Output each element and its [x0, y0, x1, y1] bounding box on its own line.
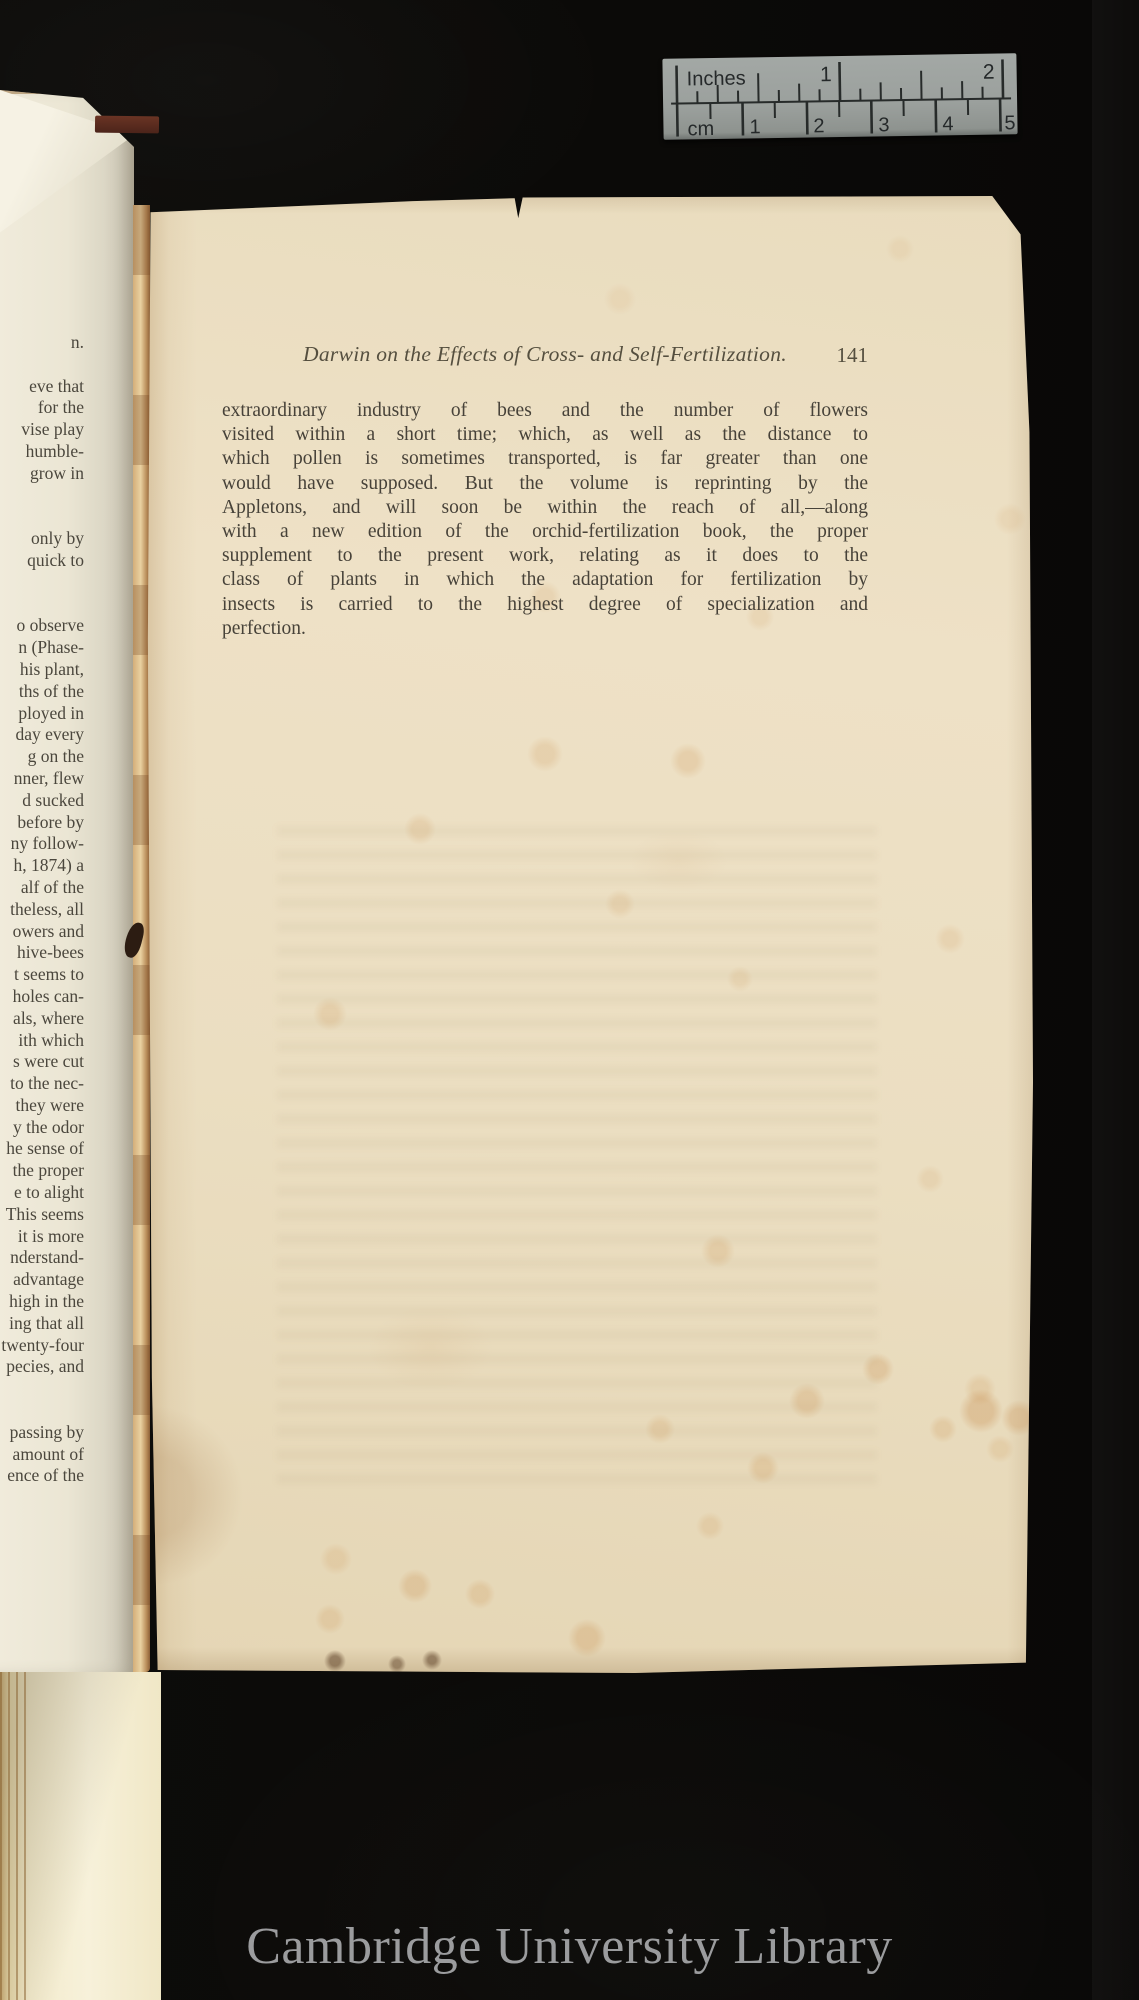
- fragment-line: theless, all: [0, 899, 84, 921]
- fragment-line: nderstand-: [0, 1247, 84, 1269]
- fragment-line: day every: [0, 724, 84, 746]
- fragment-line: twenty-four: [0, 1335, 84, 1357]
- fragment-line: holes can-: [0, 986, 84, 1008]
- fragment-line: vise play: [0, 419, 84, 441]
- ruler-inch-number-1: 1: [820, 63, 832, 86]
- fragment-line: high in the: [0, 1291, 84, 1313]
- fragment-line: grow in: [0, 463, 84, 485]
- fragment-line: hive-bees: [0, 942, 84, 964]
- fragment-line: quick to: [0, 550, 84, 572]
- paragraph-line: visited within a short time; which, as w…: [222, 423, 868, 447]
- fragment-line: t seems to: [0, 964, 84, 986]
- fragment-line: g on the: [0, 746, 84, 768]
- page-number: 141: [837, 343, 869, 368]
- fragment-line: they were: [0, 1095, 84, 1117]
- book-board-edge: [95, 116, 159, 134]
- fragment-line: eve that: [0, 376, 84, 398]
- fragment-line: [0, 1400, 84, 1422]
- paragraph-line: with a new edition of the orchid-fertili…: [222, 520, 868, 544]
- fragment-line: before by: [0, 812, 84, 834]
- ruler-cm-number-3: 3: [878, 114, 889, 136]
- paragraph-line: supplement to the present work, relating…: [222, 544, 868, 568]
- fragment-line: ing that all: [0, 1313, 84, 1335]
- page-header: Darwin on the Effects of Cross- and Self…: [222, 342, 868, 372]
- ruler-cm-number-5: 5: [1004, 112, 1015, 134]
- paragraph-line: which pollen is sometimes transported, i…: [222, 447, 868, 471]
- fragment-line: [0, 506, 84, 528]
- fragment-line: amount of: [0, 1444, 84, 1466]
- fragment-line: his plant,: [0, 659, 84, 681]
- fragment-line: passing by: [0, 1422, 84, 1444]
- fragment-line: o observe: [0, 615, 84, 637]
- fragment-line: it is more: [0, 1226, 84, 1248]
- fragment-line: pecies, and: [0, 1356, 84, 1378]
- fragment-line: als, where: [0, 1008, 84, 1030]
- fragment-line: [0, 485, 84, 507]
- ruler-cm-number-4: 4: [942, 113, 953, 135]
- paragraph-line: would have supposed. But the volume is r…: [222, 472, 868, 496]
- fragment-line: the proper: [0, 1160, 84, 1182]
- fragment-line: s were cut: [0, 1051, 84, 1073]
- running-title: Darwin on the Effects of Cross- and Self…: [222, 342, 868, 367]
- fragment-line: nner, flew: [0, 768, 84, 790]
- fragment-line: he sense of: [0, 1138, 84, 1160]
- fragment-line: [0, 1378, 84, 1400]
- fragment-line: alf of the: [0, 877, 84, 899]
- ruler-cm-number-2: 2: [813, 115, 824, 137]
- fragment-line: d sucked: [0, 790, 84, 812]
- fragment-line: only by: [0, 528, 84, 550]
- show-through-text: [277, 826, 877, 1486]
- fragment-line: for the: [0, 397, 84, 419]
- paragraph-line: perfection.: [222, 617, 868, 641]
- library-watermark: Cambridge University Library: [0, 1918, 1139, 1976]
- main-page: Darwin on the Effects of Cross- and Self…: [147, 196, 1033, 1673]
- ruler-inches-label: Inches: [687, 67, 746, 90]
- ruler-cm-label: cm: [687, 118, 714, 140]
- fragment-line: n (Phase-: [0, 637, 84, 659]
- fragment-line: ith which: [0, 1030, 84, 1052]
- body-paragraph: extraordinary industry of bees and the n…: [222, 399, 868, 641]
- fragment-line: humble-: [0, 441, 84, 463]
- fragment-line: [0, 594, 84, 616]
- digitized-book-photo: n. eve thatfor thevise playhumble-grow i…: [0, 0, 1139, 2000]
- fragment-line: advantage: [0, 1269, 84, 1291]
- fragment-line: ny follow-: [0, 833, 84, 855]
- background-seam: [1092, 0, 1139, 2000]
- fragment-line: [0, 572, 84, 594]
- fragment-line: ence of the: [0, 1465, 84, 1487]
- fragment-line: to the nec-: [0, 1073, 84, 1095]
- fragment-line: owers and: [0, 921, 84, 943]
- fragment-line: n.: [0, 332, 84, 354]
- ruler-cm-number-1: 1: [749, 116, 760, 138]
- left-page-fragments: n. eve thatfor thevise playhumble-grow i…: [0, 332, 84, 1487]
- paragraph-line: Appletons, and will soon be within the r…: [222, 496, 868, 520]
- fragment-line: [0, 354, 84, 376]
- fragment-line: y the odor: [0, 1117, 84, 1139]
- fragment-line: e to alight: [0, 1182, 84, 1204]
- ruler-scale: Inches 1 2 cm 1 2 3 4 5: [662, 53, 1017, 140]
- paragraph-line: extraordinary industry of bees and the n…: [222, 399, 868, 423]
- fragment-line: This seems: [0, 1204, 84, 1226]
- measuring-ruler: Inches 1 2 cm 1 2 3 4 5: [662, 53, 1017, 140]
- fragment-line: ths of the: [0, 681, 84, 703]
- fragment-line: ployed in: [0, 703, 84, 725]
- paragraph-line: insects is carried to the highest degree…: [222, 593, 868, 617]
- paragraph-line: class of plants in which the adaptation …: [222, 568, 868, 592]
- ruler-inch-number-2: 2: [983, 61, 995, 84]
- fragment-line: h, 1874) a: [0, 855, 84, 877]
